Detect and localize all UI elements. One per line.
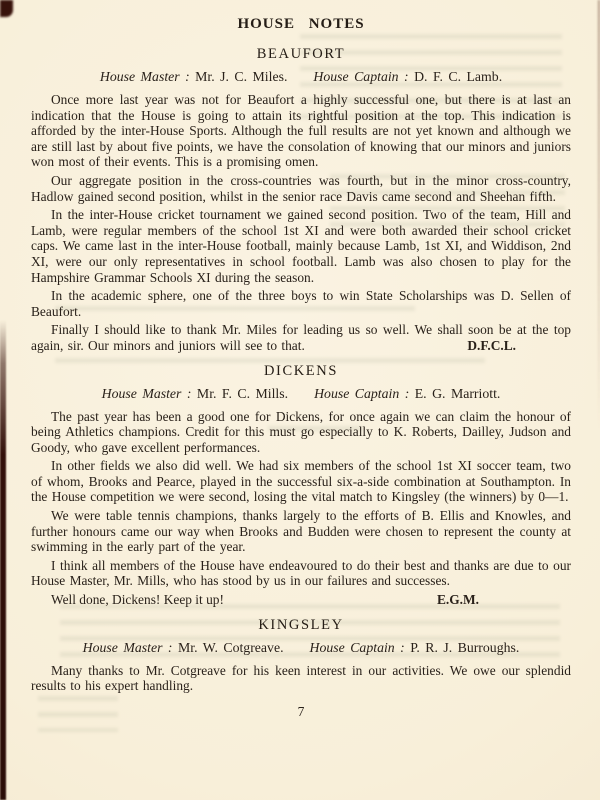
page-title: HOUSE NOTES <box>31 16 571 33</box>
house-captain-name: P. R. J. Burroughs. <box>410 640 519 655</box>
page-number: 7 <box>31 704 571 720</box>
masters-line: House Master : Mr. J. C. Miles.House Cap… <box>31 69 571 85</box>
section-kingsley: KINGSLEY House Master : Mr. W. Cotgreave… <box>31 617 571 694</box>
paragraph: Many thanks to Mr. Cotgreave for his kee… <box>31 663 571 694</box>
signature: D.F.C.L. <box>447 338 516 354</box>
page-content: HOUSE NOTES BEAUFORT House Master : Mr. … <box>31 16 571 720</box>
paragraph: In the inter-House cricket tournament we… <box>31 207 571 285</box>
closing-line: Well done, Dickens! Keep it up!E.G.M. <box>31 592 571 608</box>
house-captain-label: House Captain : <box>314 386 409 401</box>
paragraph: In the academic sphere, one of the three… <box>31 288 571 319</box>
house-master-label: House Master : <box>83 640 173 655</box>
house-master-name: Mr. J. C. Miles. <box>195 69 287 84</box>
masters-line: House Master : Mr. F. C. Mills.House Cap… <box>31 386 571 402</box>
scanned-page: HOUSE NOTES BEAUFORT House Master : Mr. … <box>0 0 600 800</box>
masters-line: House Master : Mr. W. Cotgreave.House Ca… <box>31 640 571 656</box>
house-heading: BEAUFORT <box>31 46 571 63</box>
house-heading: KINGSLEY <box>31 617 571 634</box>
closing-text: Well done, Dickens! Keep it up! <box>51 592 224 608</box>
paragraph: We were table tennis champions, thanks l… <box>31 508 571 555</box>
house-master-label: House Master : <box>102 386 192 401</box>
house-captain-label: House Captain : <box>310 640 405 655</box>
paragraph: The past year has been a good one for Di… <box>31 409 571 456</box>
signature: E.G.M. <box>437 592 479 608</box>
house-captain-label: House Captain : <box>313 69 408 84</box>
house-captain-name: E. G. Marriott. <box>415 386 501 401</box>
house-heading: DICKENS <box>31 363 571 380</box>
paragraph: I think all members of the House have en… <box>31 558 571 589</box>
paragraph: Our aggregate position in the cross-coun… <box>31 173 571 204</box>
house-captain-name: D. F. C. Lamb. <box>414 69 502 84</box>
house-master-name: Mr. F. C. Mills. <box>197 386 288 401</box>
scan-left-edge <box>0 320 6 800</box>
section-beaufort: BEAUFORT House Master : Mr. J. C. Miles.… <box>31 46 571 354</box>
house-master-label: House Master : <box>100 69 190 84</box>
paragraph: In other fields we also did well. We had… <box>31 458 571 505</box>
scan-corner-mark <box>0 0 13 17</box>
paragraph: Once more last year was not for Beaufort… <box>31 92 571 170</box>
paragraph: Finally I should like to thank Mr. Miles… <box>31 322 571 353</box>
house-master-name: Mr. W. Cotgreave. <box>178 640 284 655</box>
section-dickens: DICKENS House Master : Mr. F. C. Mills.H… <box>31 363 571 608</box>
